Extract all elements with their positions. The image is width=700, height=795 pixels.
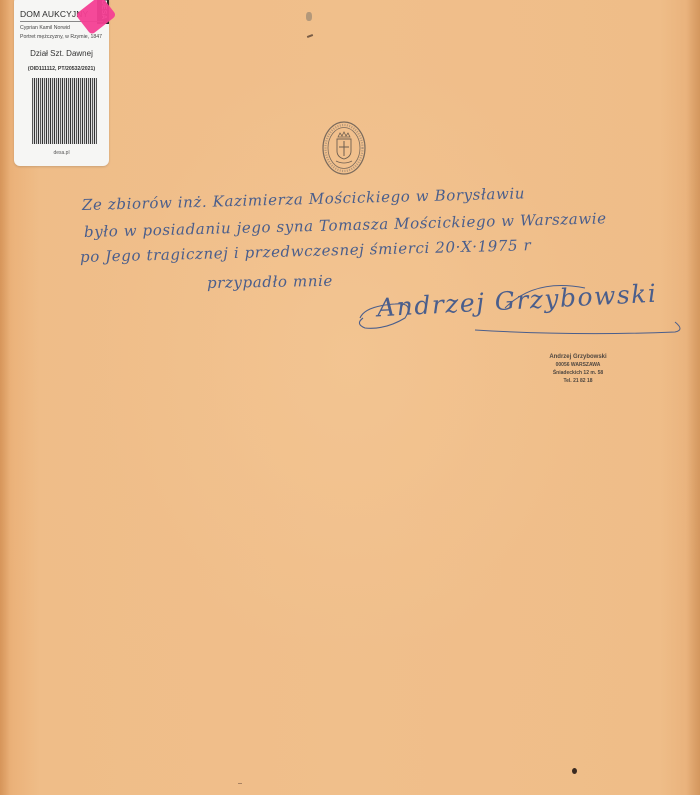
work-title: Portret mężczyzny, w Rzymie, 1847 [20,34,102,40]
website: desa.pl [14,150,109,156]
barcode-icon [32,78,97,144]
handwritten-line-4: przypadło mnie [207,272,333,292]
coat-of-arms-stamp-icon [321,120,367,176]
address-stamp: Andrzej Grzybowski 00056 WARSZAWA Śniade… [528,353,628,385]
artist-name: Cyprian Kamil Norwid [20,25,70,31]
address-city: 00056 WARSZAWA [528,361,628,369]
paper-speck [572,768,577,774]
address-phone: Tel. 21 82 18 [528,377,628,385]
address-street: Śniadeckich 12 m. 58 [528,369,628,377]
department: Dział Szt. Dawnej [14,49,109,58]
inventory-code: (OID111112, PT/20532/2021) [14,66,109,72]
paper-mark [238,783,242,784]
signature: Andrzej Grzybowski [355,278,685,340]
paper-edge-left [0,0,10,795]
paper-edge-right [686,0,700,795]
paper-mark [306,12,312,21]
address-name: Andrzej Grzybowski [528,353,628,361]
